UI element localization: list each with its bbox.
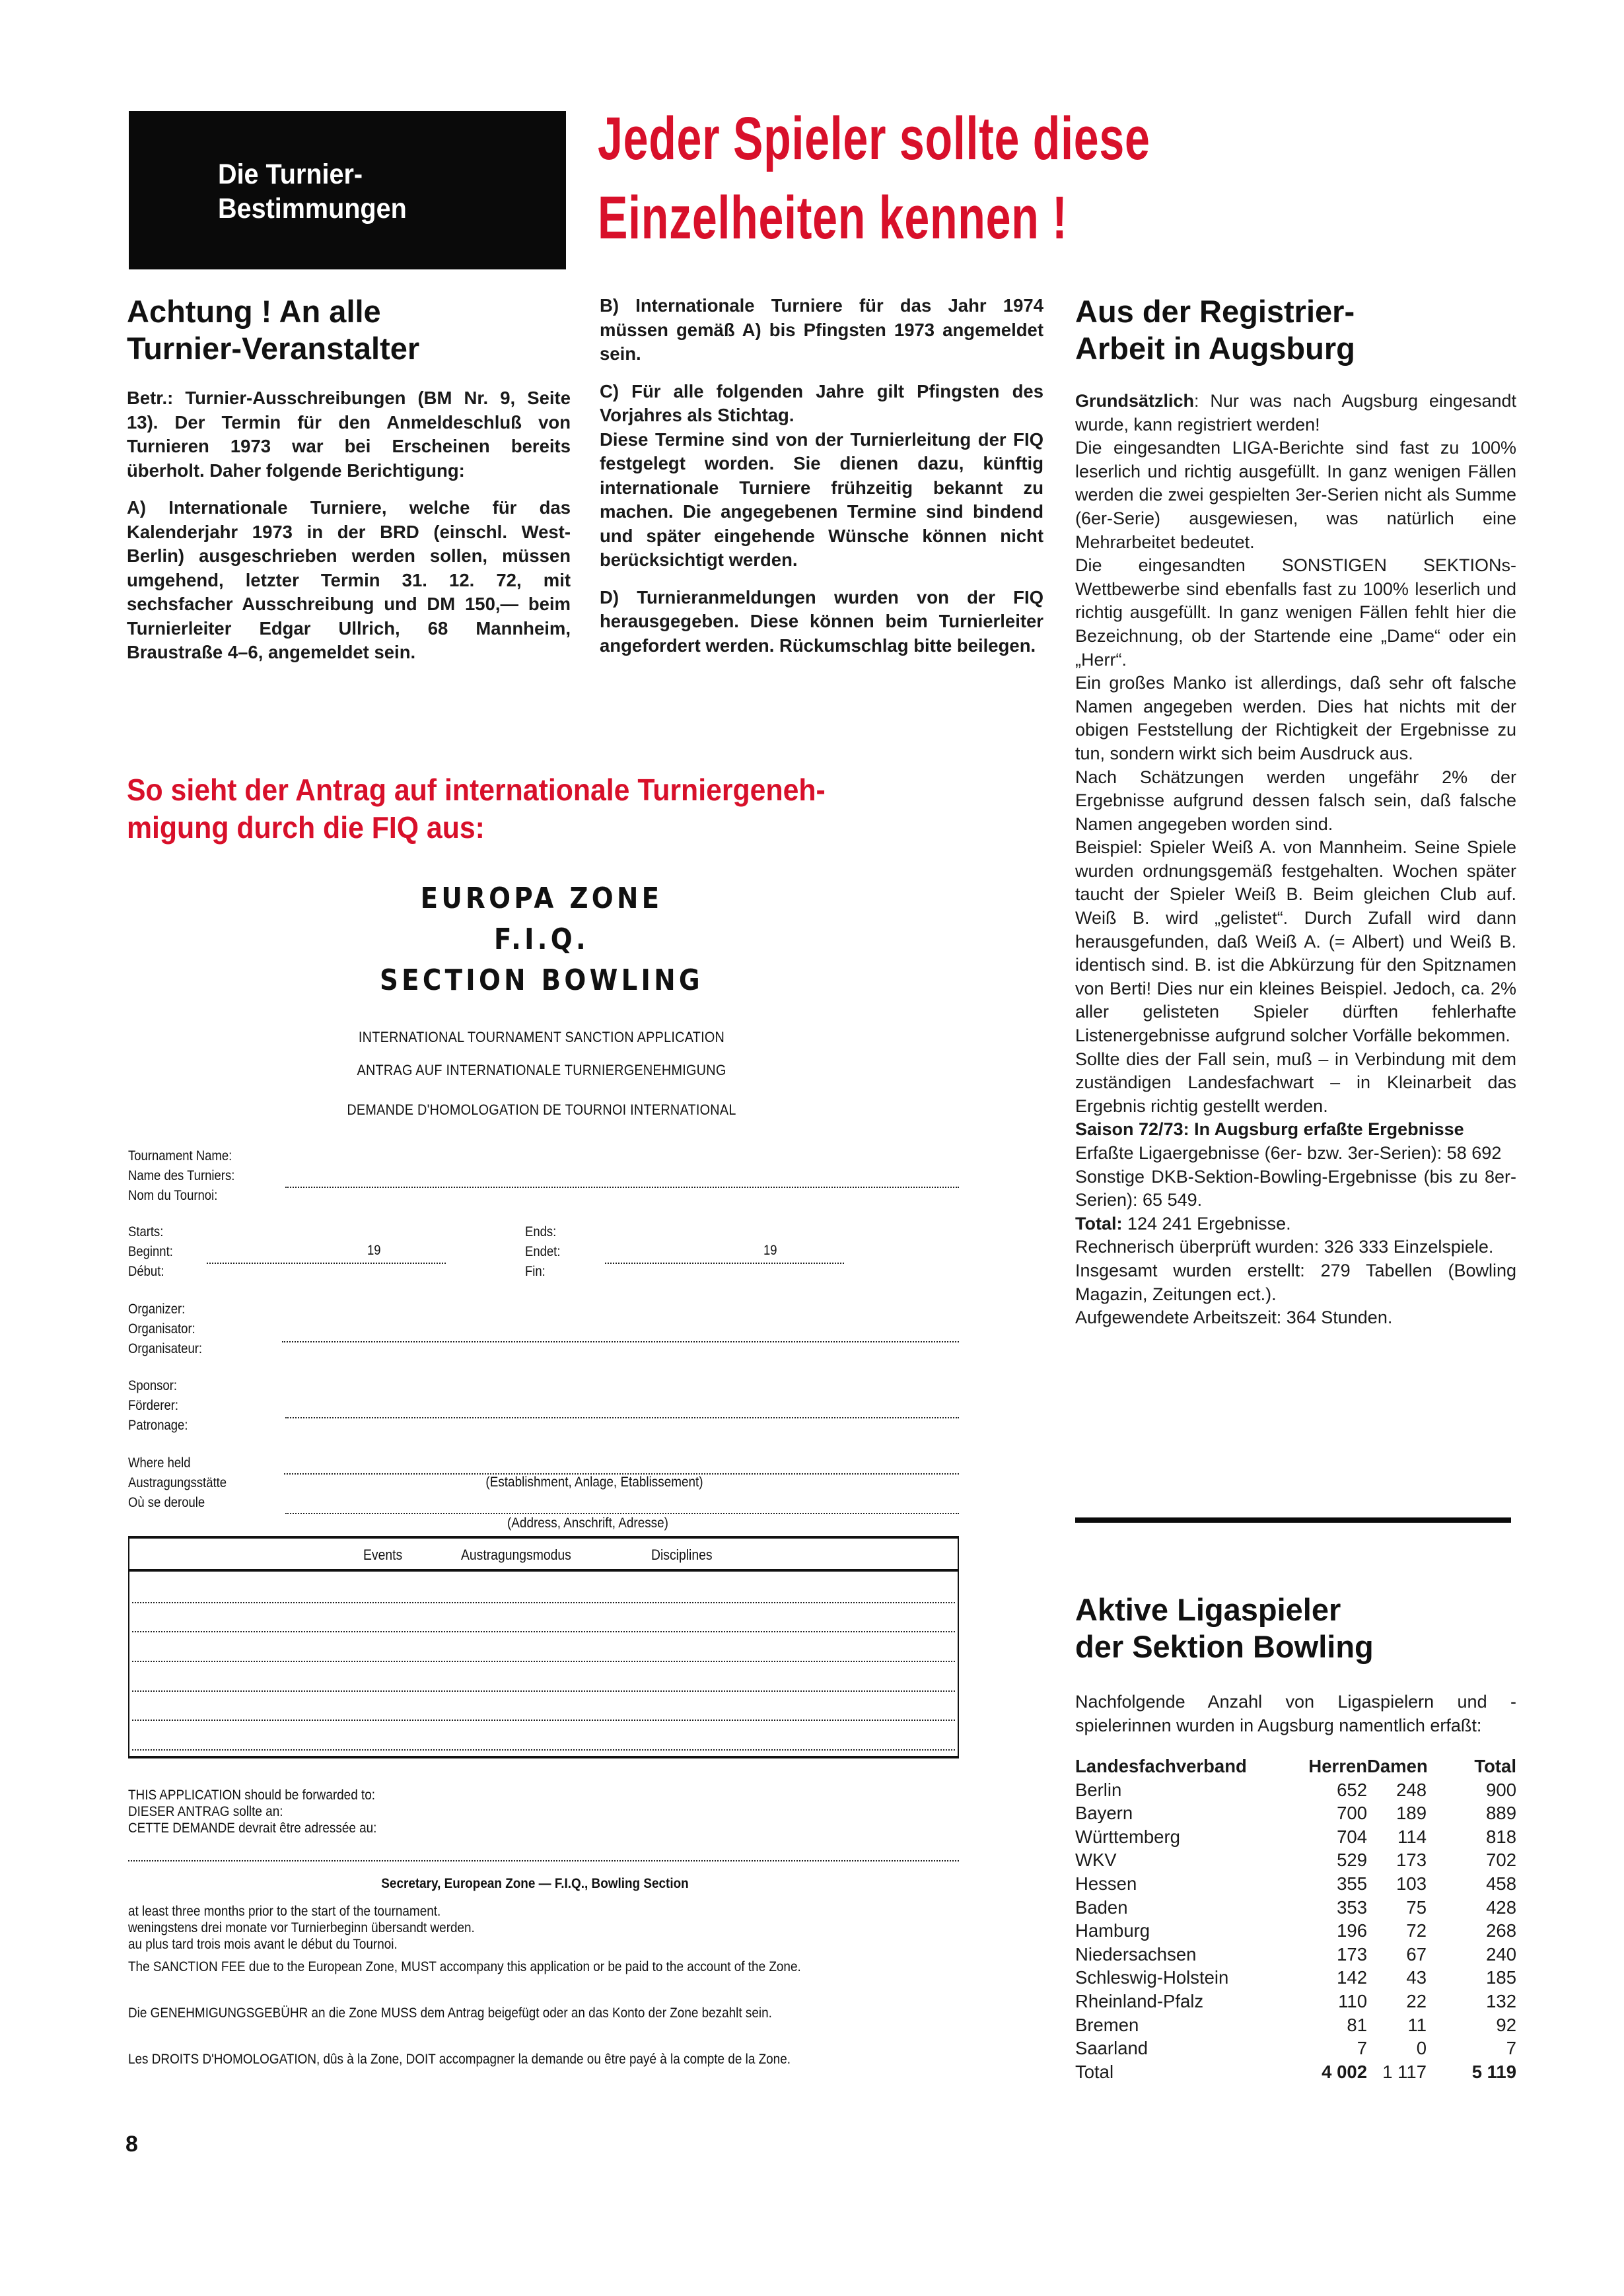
form-subtitle-fr: DEMANDE D'HOMOLOGATION DE TOURNOI INTERN… (54, 1101, 1029, 1119)
event-row-field[interactable] (132, 1631, 955, 1632)
page-headline: Jeder Spieler sollte diese Einzelheiten … (598, 99, 1150, 258)
table-row: Berlin652248900 (1075, 1778, 1516, 1802)
ends-year-prefix: 19 (763, 1240, 777, 1260)
event-row-field[interactable] (132, 1720, 955, 1721)
paragraph: Sollte dies der Fall sein, muß – in Verb… (1075, 1048, 1516, 1119)
paragraph: Die eingesandten LIGA-Berichte sind fast… (1075, 436, 1516, 554)
ends-label: Ends: Endet: Fin: (525, 1222, 560, 1281)
paragraph: Nach Schätzungen werden ungefähr 2% der … (1075, 766, 1516, 837)
establishment-hint: (Establishment, Anlage, Etablissement) (391, 1474, 798, 1490)
starts-date-field[interactable] (207, 1263, 446, 1264)
article-right-body: Grundsätzlich: Nur was nach Augsburg ein… (1075, 390, 1516, 1330)
section-label: Die Turnier- Bestimmungen (218, 157, 407, 226)
event-row-field[interactable] (132, 1749, 955, 1751)
form-title: EUROPA ZONE F.I.Q. SECTION BOWLING (65, 878, 1018, 1001)
fee-paragraph-en: The SANCTION FEE due to the European Zon… (128, 1959, 927, 1975)
table-row: Bayern700189889 (1075, 1801, 1516, 1825)
stat-line: Aufgewendete Arbeitszeit: 364 Stunden. (1075, 1306, 1516, 1330)
fee-paragraph-fr: Les DROITS D'HOMOLOGATION, dûs à la Zone… (128, 2051, 927, 2068)
events-table: Events Austragungsmodus Disciplines (128, 1536, 959, 1758)
table-header-row: Landesfachverband Herren Damen Total (1075, 1755, 1516, 1778)
paragraph: B) Internationale Turniere für das Jahr … (600, 294, 1043, 366)
event-row-field[interactable] (132, 1661, 955, 1662)
paragraph: Beispiel: Spieler Weiß A. von Mannheim. … (1075, 836, 1516, 1047)
forward-address-field[interactable] (128, 1860, 959, 1861)
event-row-field[interactable] (132, 1602, 955, 1603)
form-section-heading: So sieht der Antrag auf internationale T… (127, 771, 826, 847)
paragraph: D) Turnieranmeldungen wurden von der FIQ… (600, 586, 1043, 658)
section-divider (1075, 1517, 1511, 1523)
header-disciplines: Disciplines (651, 1547, 713, 1564)
table-row: Hamburg19672268 (1075, 1919, 1516, 1943)
lead-paragraph: Grundsätzlich: Nur was nach Augsburg ein… (1075, 390, 1516, 436)
table-row: WKV529173702 (1075, 1848, 1516, 1872)
secretary-line: Secretary, European Zone — F.I.Q., Bowli… (244, 1875, 826, 1892)
paragraph: C) Für alle folgenden Jahre gilt Pfingst… (600, 380, 1043, 428)
form-subtitle-de: ANTRAG AUF INTERNATIONALE TURNIERGENEHMI… (54, 1062, 1029, 1079)
season-heading: Saison 72/73: In Augsburg erfaßte Ergebn… (1075, 1118, 1516, 1142)
starts-label: Starts: Beginnt: Début: (128, 1222, 173, 1281)
article-left-title: Achtung ! An alle Turnier-Veranstalter (127, 293, 571, 367)
table-row: Bremen811192 (1075, 2013, 1516, 2037)
section-label-box: Die Turnier- Bestimmungen (129, 111, 566, 269)
article-left-body: Betr.: Turnier-Ausschreibungen (BM Nr. 9… (127, 386, 571, 678)
organizer-label: Organizer: Organisator: Organisateur: (128, 1299, 202, 1358)
stat-line: Insgesamt wurden erstellt: 279 Tabellen … (1075, 1259, 1516, 1306)
table-total-row: Total 4 002 1 117 5 119 (1075, 2060, 1516, 2084)
stat-line: Rechnerisch überprüft wurden: 326 333 Ei… (1075, 1235, 1516, 1259)
events-table-header: Events Austragungsmodus Disciplines (129, 1547, 958, 1570)
deadline-text: at least three months prior to the start… (128, 1903, 475, 1953)
address-field[interactable] (285, 1513, 959, 1514)
league-players-table: Landesfachverband Herren Damen Total Ber… (1075, 1755, 1516, 2083)
table-row: Niedersachsen17367240 (1075, 1943, 1516, 1966)
event-row-field[interactable] (132, 1690, 955, 1692)
header-events: Events (363, 1547, 402, 1564)
tournament-name-field[interactable] (285, 1187, 959, 1188)
stat-line: Sonstige DKB-Sektion-Bowling-Ergebnisse … (1075, 1165, 1516, 1212)
paragraph: Betr.: Turnier-Ausschreibungen (BM Nr. 9… (127, 386, 571, 483)
header-divider (129, 1569, 958, 1572)
table-row: Rheinland-Pfalz11022132 (1075, 1990, 1516, 2013)
sponsor-field[interactable] (285, 1417, 959, 1418)
paragraph: Ein großes Manko ist allerdings, daß seh… (1075, 672, 1516, 765)
starts-year-prefix: 19 (367, 1240, 381, 1260)
page-number: 8 (125, 2132, 138, 2157)
forward-instructions: THIS APPLICATION should be forwarded to:… (128, 1787, 376, 1836)
table-row: Hessen355103458 (1075, 1872, 1516, 1896)
address-hint: (Address, Anschrift, Adresse) (384, 1515, 791, 1531)
paragraph: Diese Termine sind von der Turnierleitun… (600, 428, 1043, 573)
fee-paragraph-de: Die GENEHMIGUNGSGEBÜHR an die Zone MUSS … (128, 2005, 927, 2021)
header-austragungsmodus: Austragungsmodus (461, 1547, 571, 1564)
league-players-intro: Nachfolgende Anzahl von Ligaspielern und… (1075, 1690, 1516, 1737)
where-held-label: Where held Austragungsstätte Où se derou… (128, 1453, 227, 1512)
sponsor-label: Sponsor: Förderer: Patronage: (128, 1375, 188, 1435)
table-row: Saarland707 (1075, 2036, 1516, 2060)
article-middle-body: B) Internationale Turniere für das Jahr … (600, 294, 1043, 671)
total-line: Total: 124 241 Ergebnisse. (1075, 1212, 1516, 1236)
organizer-field[interactable] (282, 1341, 959, 1342)
form-subtitle-en: INTERNATIONAL TOURNAMENT SANCTION APPLIC… (54, 1029, 1029, 1046)
league-players-title: Aktive Ligaspieler der Sektion Bowling (1075, 1591, 1516, 1665)
article-right-title: Aus der Registrier- Arbeit in Augsburg (1075, 293, 1516, 367)
paragraph: Die eingesandten SONSTIGEN SEKTIONs-Wett… (1075, 554, 1516, 672)
table-row: Schleswig-Holstein14243185 (1075, 1966, 1516, 1990)
ends-date-field[interactable] (605, 1263, 844, 1264)
table-row: Baden35375428 (1075, 1896, 1516, 1920)
table-row: Württemberg704114818 (1075, 1825, 1516, 1849)
paragraph: A) Internationale Turniere, welche für d… (127, 496, 571, 665)
tournament-name-label: Tournament Name: Name des Turniers: Nom … (128, 1146, 234, 1205)
stat-line: Erfaßte Ligaergebnisse (6er- bzw. 3er-Se… (1075, 1142, 1516, 1165)
